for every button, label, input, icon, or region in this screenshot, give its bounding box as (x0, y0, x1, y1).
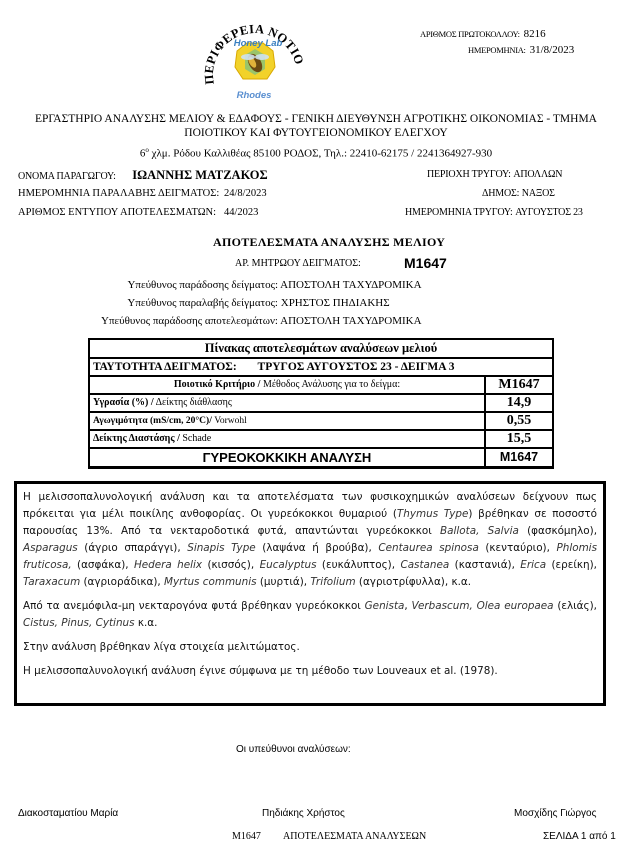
criterion-value: M1647 (484, 377, 552, 393)
municipality: ΔΗΜΟΣ: ΝΑΞΟΣ (482, 188, 555, 199)
responsible-row: Υπεύθυνος παραλαβής δείγματος: ΧΡΗΣΤΟΣ Π… (82, 297, 390, 309)
row-label-bold: Υγρασία (%) / (93, 397, 154, 408)
species-name: Cistus, Pinus, Cytinus (23, 617, 135, 629)
form-number-label: ΑΡΙΘΜΟΣ ΕΝΤΥΠΟΥ ΑΠΟΤΕΛΕΣΜΑΤΩΝ: (18, 207, 216, 218)
analyst-signature: Πηδιάκης Χρήστος (262, 808, 345, 819)
protocol-number-value: 8216 (524, 28, 546, 40)
harvest-date-value: ΑΥΓΟΥΣΤΟΣ 23 (515, 207, 583, 218)
species-name: Myrtus communis (164, 576, 257, 588)
species-name: Centaurea spinosa (378, 542, 478, 554)
sample-identity-value: ΤΡΥΓΟΣ ΑΥΓΟΥΣΤΟΣ 23 - ΔΕΙΓΜΑ 3 (258, 361, 455, 373)
row-label-bold: Αγωγιμότητα (mS/cm, 20°C)/ (93, 416, 212, 426)
receipt-date-label: ΗΜΕΡΟΜΗΝΙΑ ΠΑΡΑΛΑΒΗΣ ΔΕΙΓΜΑΤΟΣ: (18, 188, 219, 199)
sample-identity-row: ΤΑΥΤΟΤΗΤΑ ΔΕΙΓΜΑΤΟΣ: ΤΡΥΓΟΣ ΑΥΓΟΥΣΤΟΣ 23… (90, 359, 552, 377)
responsible-label: Υπεύθυνος παράδοσης δείγματος: (82, 279, 278, 291)
responsible-value: ΧΡΗΣΤΟΣ ΠΗΔΙΑΚΗΣ (281, 297, 390, 309)
harvest-date: ΗΜΕΡΟΜΗΝΙΑ ΤΡΥΓΟΥ: ΑΥΓΟΥΣΤΟΣ 23 (405, 207, 583, 218)
form-number-value: 44/2023 (224, 207, 258, 218)
row-label: Αγωγιμότητα (mS/cm, 20°C)/ Vorwohl (90, 413, 484, 429)
responsible-value: ΑΠΟΣΤΟΛΗ ΤΑΧΥΔΡΟΜΙΚΑ (280, 279, 421, 291)
pollen-paragraph-1: Η μελισσοπαλυνολογική ανάλυση και τα απο… (23, 489, 597, 591)
producer-name-label: ΟΝΟΜΑ ΠΑΡΑΓΩΓΟΥ: (18, 171, 116, 182)
species-name: Genista (365, 600, 405, 612)
analyst-signature: Μοσχίδης Γιώργος (514, 808, 596, 819)
table-title-row: Πίνακας αποτελεσμάτων αναλύσεων μελιού (90, 340, 552, 359)
page-number: ΣΕΛΙΔΑ 1 από 1 (543, 831, 616, 842)
sample-identity-label: ΤΑΥΤΟΤΗΤΑ ΔΕΙΓΜΑΤΟΣ: (93, 361, 237, 373)
table-row: Υγρασία (%) / Δείκτης διάθλασης 14,9 (90, 395, 552, 413)
results-title: ΑΠΟΤΕΛΕΣΜΑΤΑ ΑΝΑΛΥΣΗΣ ΜΕΛΙΟΥ (213, 235, 445, 250)
responsible-value: ΑΠΟΣΤΟΛΗ ΤΑΧΥΔΡΟΜΙΚΑ (280, 315, 421, 327)
producer-name-value: ΙΩΑΝΝΗΣ ΜΑΤΖΑΚΟΣ (132, 168, 267, 182)
row-label-rest: Δείκτης διάθλασης (154, 397, 232, 408)
moisture-value: 14,9 (484, 395, 552, 411)
logo-top-text: Honey Lab (234, 38, 283, 49)
row-label-bold: Δείκτης Διαστάσης / (93, 433, 180, 444)
row-label-rest: Vorwohl (212, 416, 247, 426)
pollen-analysis-label: ΓΥΡΕΟΚΟΚΚΙΚΗ ΑΝΑΛΥΣΗ (90, 449, 484, 466)
row-label: Δείκτης Διαστάσης / Schade (90, 431, 484, 447)
species-name: Trifolium (310, 576, 355, 588)
conductivity-value: 0,55 (484, 413, 552, 429)
lab-title-line1: ΕΡΓΑΣΤΗΡΙΟ ΑΝΑΛΥΣΗΣ ΜΕΛΙΟΥ & ΕΔΑΦΟΥΣ - Γ… (0, 112, 632, 126)
protocol-date: ΗΜΕΡΟΜΗΝΙΑ:31/8/2023 (468, 44, 574, 56)
harvest-area: ΠΕΡΙΟΧΗ ΤΡΥΓΟΥ: ΑΠΟΛΛΩΝ (427, 169, 562, 180)
protocol-date-value: 31/8/2023 (530, 44, 575, 56)
pollen-paragraph-3: Στην ανάλυση βρέθηκαν λίγα στοιχεία μελι… (23, 639, 597, 656)
municipality-label: ΔΗΜΟΣ: (482, 188, 519, 199)
responsible-label: Υπεύθυνος παράδοσης αποτελεσμάτων: (82, 315, 278, 327)
row-label-rest: Schade (180, 433, 211, 444)
criterion-rest: Μέθοδος Ανάλυσης για το δείγμα: (260, 379, 400, 390)
harvest-area-value: ΑΠΟΛΛΩΝ (513, 169, 562, 180)
pollen-paragraph-2: Από τα ανεμόφιλα-μη νεκταρογόνα φυτά βρέ… (23, 598, 597, 632)
address-text: χλμ. Ρόδου Καλλιθέας 85100 ΡΟΔΟΣ, Τηλ.: … (149, 148, 492, 160)
species-name: Sinapis Type (187, 542, 255, 554)
species-name: Ballota, Salvia (440, 525, 519, 537)
species-name: Taraxacum (23, 576, 80, 588)
producer-name: ΟΝΟΜΑ ΠΑΡΑΓΩΓΟΥ: ΙΩΑΝΝΗΣ ΜΑΤΖΑΚΟΣ (18, 168, 268, 183)
lab-logo: ΠΕΡΙΦΕΡΕΙΑ ΝΟΤΙΟΥ ΑΙΓΑΙΟΥ Honey Lab Rhod… (200, 6, 310, 106)
receipt-date-value: 24/8/2023 (224, 188, 267, 199)
pollen-analysis-row: ΓΥΡΕΟΚΟΚΚΙΚΗ ΑΝΑΛΥΣΗ M1647 (90, 449, 552, 469)
diastase-value: 15,5 (484, 431, 552, 447)
harvest-date-label: ΗΜΕΡΟΜΗΝΙΑ ΤΡΥΓΟΥ: (405, 207, 513, 218)
protocol-number: ΑΡΙΘΜΟΣ ΠΡΩΤΟΚΟΛΛΟΥ:8216 (420, 28, 546, 40)
results-table: Πίνακας αποτελεσμάτων αναλύσεων μελιού Τ… (88, 338, 554, 469)
criterion-header: Ποιοτικό Κριτήριο / Μέθοδος Ανάλυσης για… (90, 377, 484, 393)
pollen-analysis-box: Η μελισσοπαλυνολογική ανάλυση και τα απο… (14, 481, 606, 706)
lab-title-line2: ΠΟΙΟΤΙΚΟΥ ΚΑΙ ΦΥΤΟΥΓΕΙΟΝΟΜΙΚΟΥ ΕΛΕΓΧΟΥ (0, 126, 632, 140)
analyst-signature: Διακοσταματίου Μαρία (18, 808, 118, 819)
species-name: Asparagus (23, 542, 78, 554)
harvest-area-label: ΠΕΡΙΟΧΗ ΤΡΥΓΟΥ: (427, 169, 511, 180)
logo-bottom-text: Rhodes (237, 90, 272, 101)
sample-reg-value: M1647 (404, 255, 447, 271)
footer-doc-title: ΑΠΟΤΕΛΕΣΜΑΤΑ ΑΝΑΛΥΣΕΩΝ (283, 831, 426, 842)
species-name: Erica (520, 559, 546, 571)
responsible-row: Υπεύθυνος παράδοσης δείγματος: ΑΠΟΣΤΟΛΗ … (82, 279, 422, 291)
municipality-value: ΝΑΞΟΣ (522, 188, 555, 199)
species-name: Hedera helix (134, 559, 202, 571)
sample-identity: ΤΑΥΤΟΤΗΤΑ ΔΕΙΓΜΑΤΟΣ: ΤΡΥΓΟΣ ΑΥΓΟΥΣΤΟΣ 23… (90, 359, 552, 375)
table-title: Πίνακας αποτελεσμάτων αναλύσεων μελιού (90, 340, 552, 357)
protocol-date-label: ΗΜΕΡΟΜΗΝΙΑ: (468, 45, 526, 55)
table-row: Αγωγιμότητα (mS/cm, 20°C)/ Vorwohl 0,55 (90, 413, 552, 431)
species-name: Thymus Type (397, 508, 468, 520)
analysts-label: Οι υπεύθυνοι αναλύσεων: (236, 744, 351, 755)
responsible-row: Υπεύθυνος παράδοσης αποτελεσμάτων: ΑΠΟΣΤ… (82, 315, 422, 327)
table-row: Δείκτης Διαστάσης / Schade 15,5 (90, 431, 552, 449)
row-label: Υγρασία (%) / Δείκτης διάθλασης (90, 395, 484, 411)
species-name: Eucalyptus (260, 559, 317, 571)
pollen-paragraph-4: Η μελισσοπαλυνολογική ανάλυση έγινε σύμφ… (23, 663, 597, 680)
sample-reg-label: ΑΡ. ΜΗΤΡΩΟΥ ΔΕΙΓΜΑΤΟΣ: (235, 258, 361, 269)
lab-address: 6ο χλμ. Ρόδου Καλλιθέας 85100 ΡΟΔΟΣ, Τηλ… (0, 143, 632, 161)
pollen-analysis-code: M1647 (484, 449, 552, 466)
species-name: Castanea (400, 559, 449, 571)
criterion-bold: Ποιοτικό Κριτήριο / (174, 379, 261, 390)
responsible-label: Υπεύθυνος παραλαβής δείγματος: (82, 297, 278, 309)
protocol-number-label: ΑΡΙΘΜΟΣ ΠΡΩΤΟΚΟΛΛΟΥ: (420, 29, 520, 39)
footer-doc-code: M1647 (232, 831, 261, 842)
table-header-row: Ποιοτικό Κριτήριο / Μέθοδος Ανάλυσης για… (90, 377, 552, 395)
bee-honeycomb-icon: ΠΕΡΙΦΕΡΕΙΑ ΝΟΤΙΟΥ ΑΙΓΑΙΟΥ Honey Lab Rhod… (200, 6, 310, 106)
species-name: Verbascum, Olea europaea (412, 600, 554, 612)
